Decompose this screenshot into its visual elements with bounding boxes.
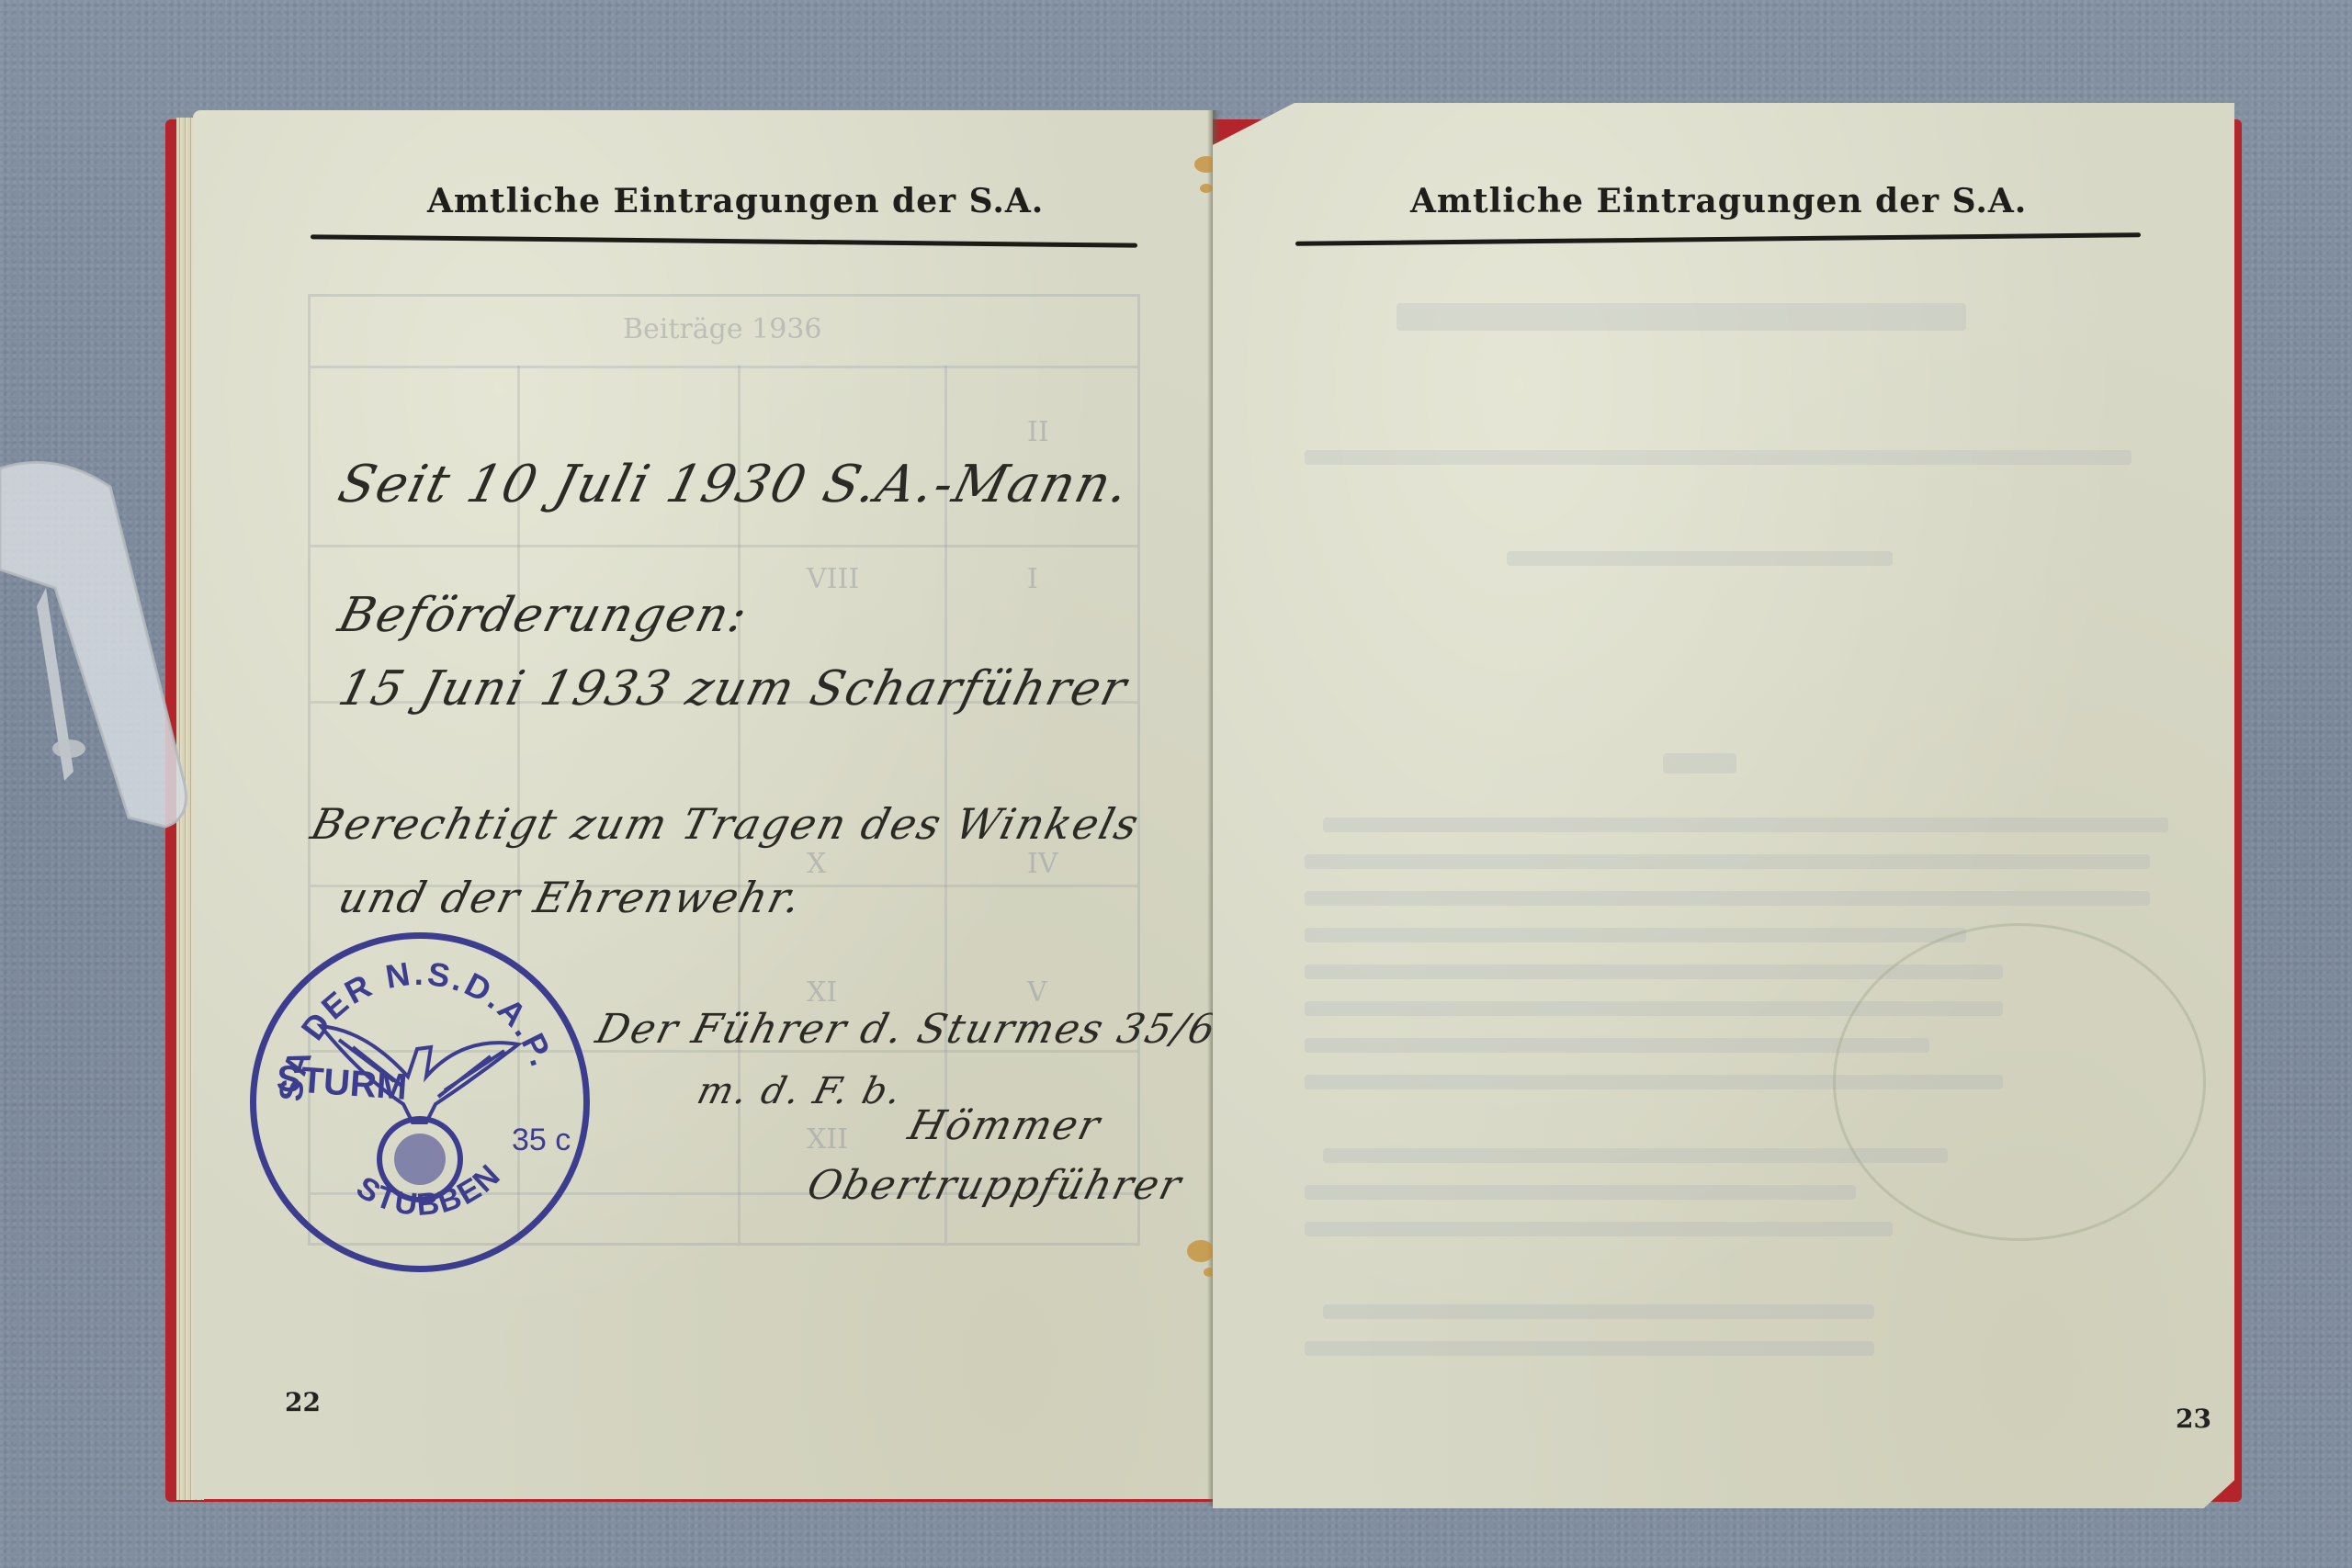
handwritten-line: Berechtigt zum Tragen des Winkels [306,799,1145,849]
left-page-heading: Amtliche Eintragungen der S.A. [427,182,1044,220]
handwritten-line: Beförderungen: [334,588,754,643]
stamp-unit-number: 35 c [512,1122,571,1158]
bleed-through-numeral: VIII [807,563,859,595]
bleed-through-numeral: I [1027,563,1038,595]
bleed-through-header: Beiträge 1936 [623,313,822,345]
page-number-right: 23 [2176,1404,2211,1434]
stamp-arc-text: SA DER N.S.D.A.P. STUBBEN [256,939,583,1266]
bleed-through-numeral: XII [807,1123,848,1156]
bleed-through-numeral: V [1027,976,1047,1009]
rust-stain [1200,184,1213,193]
bleed-through-numeral: II [1027,416,1049,448]
bleed-through-numeral: X [807,848,826,880]
sa-stamp: SA DER N.S.D.A.P. STUBBEN STURM 35 c [250,932,590,1272]
plastic-clip-icon [0,450,211,836]
signature-name: Hömmer [904,1102,1106,1149]
page-number-left: 22 [285,1387,321,1417]
faint-stamp-impression [1833,923,2206,1241]
handwritten-line: und der Ehrenwehr. [334,873,808,922]
handwritten-line: Seit 10 Juli 1930 S.A.-Mann. [333,455,1136,514]
signature-line: Der Führer d. Sturmes 35/6. [592,1006,1238,1053]
signature-line: m. d. F. b. [693,1070,907,1112]
right-page-heading: Amtliche Eintragungen der S.A. [1410,182,2027,220]
rust-stain [1187,1240,1215,1262]
handwritten-line: 15 Juni 1933 zum Scharführer [334,661,1134,716]
signature-rank: Obertruppführer [803,1162,1187,1209]
bleed-through-numeral: IV [1027,848,1058,880]
bleed-through-numeral: XI [807,976,837,1009]
